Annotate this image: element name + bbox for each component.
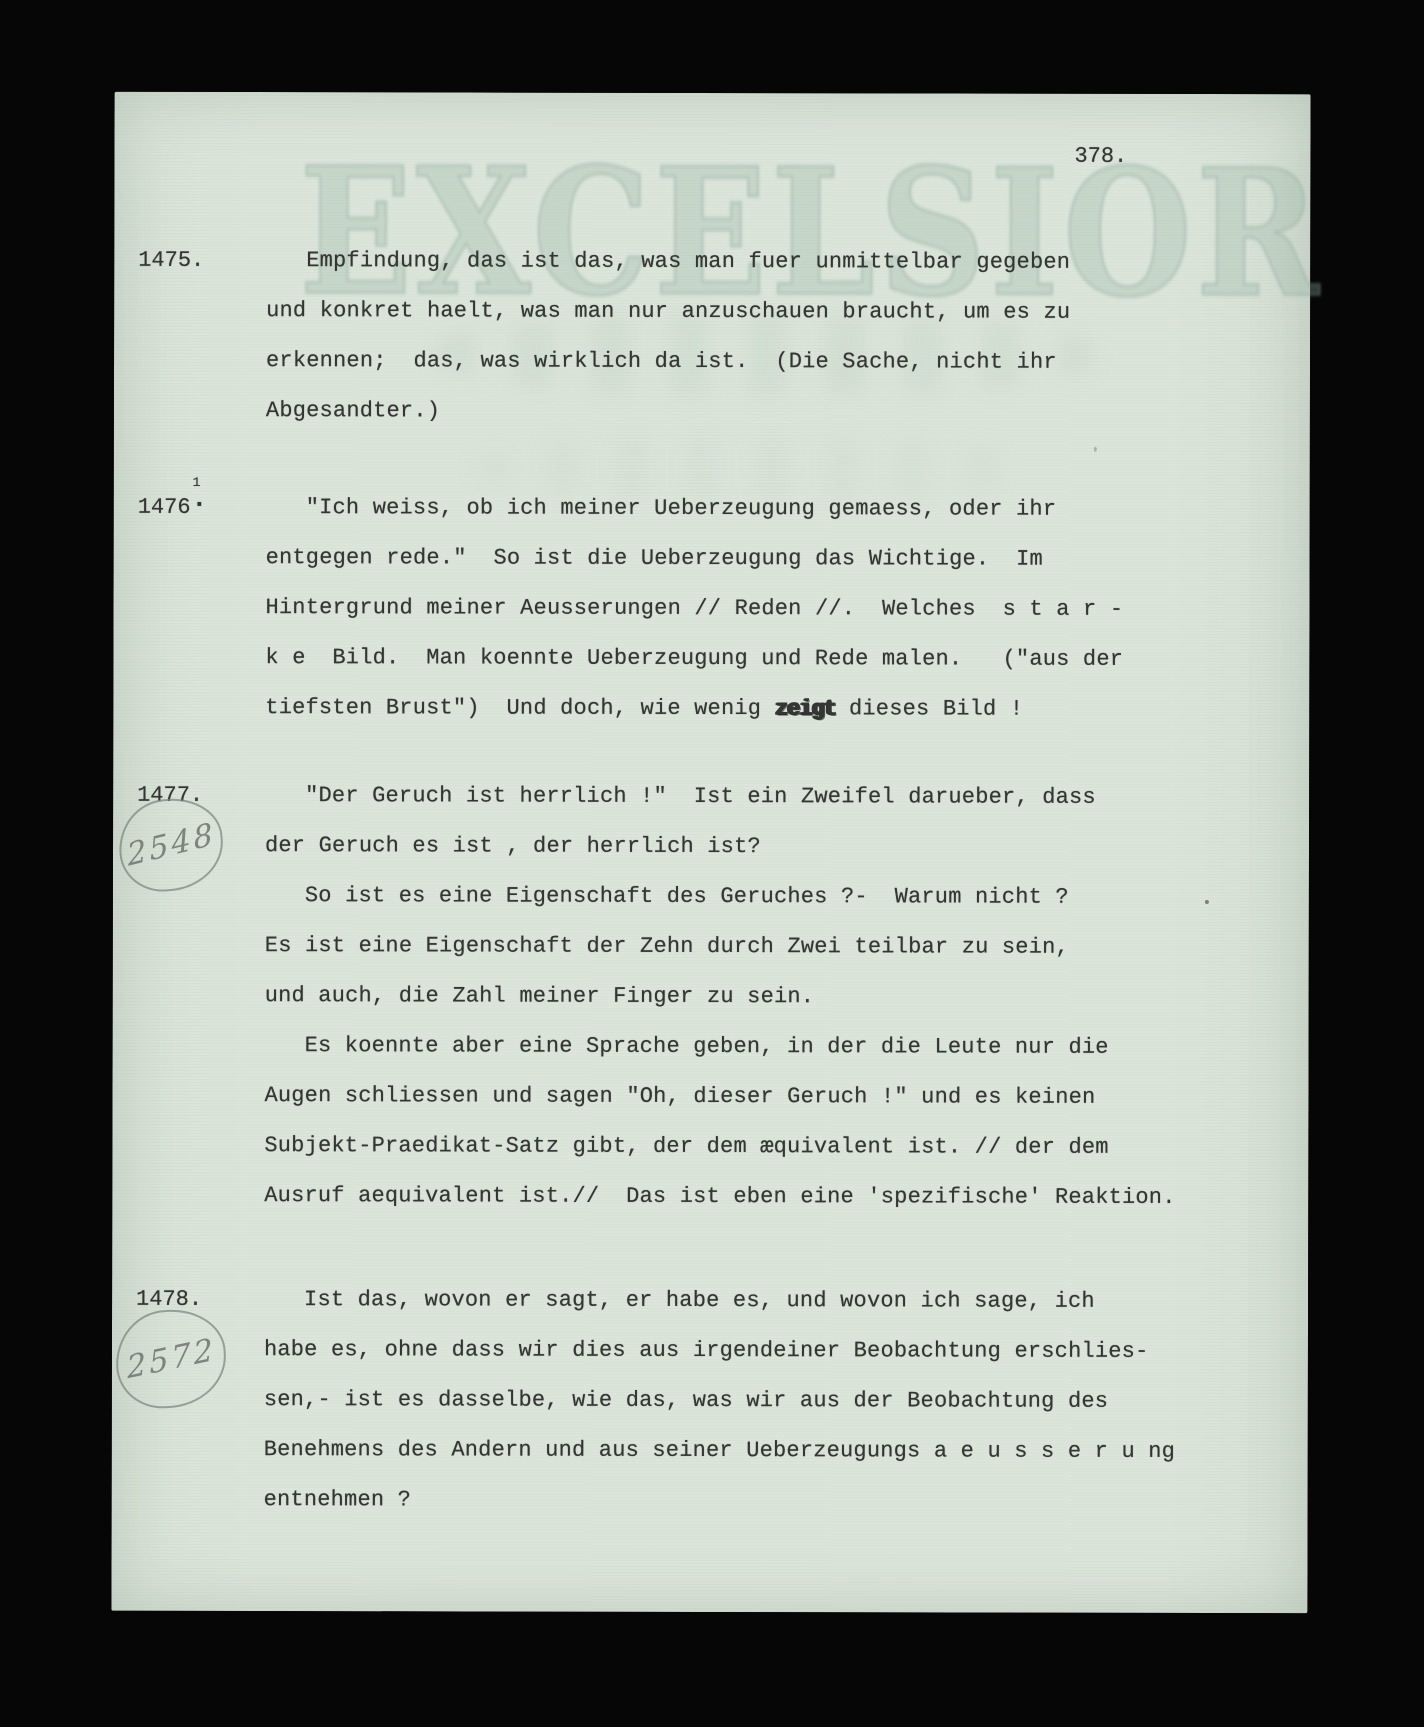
text-line: Empfindung, das ist das, was man fuer un… — [266, 236, 1296, 288]
text-line: Ist das, wovon er sagt, er habe es, und … — [264, 1275, 1294, 1327]
text-line: "Ich weiss, ob ich meiner Ueberzeugung g… — [266, 483, 1296, 535]
text-line: erkennen; das, was wirklich da ist. (Die… — [266, 336, 1296, 388]
text-line: "Der Geruch ist herrlich !" Ist ein Zwei… — [265, 771, 1295, 823]
overstruck-word: zeigt — [775, 696, 836, 721]
text-line: So ist es eine Eigenschaft des Geruches … — [265, 871, 1295, 923]
text-line: Subjekt-Praedikat-Satz gibt, der dem æqu… — [264, 1121, 1294, 1173]
text-line: Abgesandter.) — [266, 386, 1296, 438]
text-line: Benehmens des Andern und aus seiner Uebe… — [264, 1425, 1294, 1477]
section-1475: 1475. Empfindung, das ist das, was man f… — [114, 236, 1310, 439]
text-line: Augen schliessen und sagen "Oh, dieser G… — [264, 1071, 1294, 1123]
text-line: Es koennte aber eine Sprache geben, in d… — [265, 1021, 1295, 1073]
text-line: Hintergrund meiner Aeusserungen // Reden… — [265, 583, 1295, 635]
text-line: Ausruf aequivalent ist.// Das ist eben e… — [264, 1171, 1294, 1223]
paragraph-number-digits: 1476 — [138, 495, 191, 520]
text-line: der Geruch es ist , der herrlich ist? — [265, 821, 1295, 873]
text-line: Es ist eine Eigenschaft der Zehn durch Z… — [265, 921, 1295, 973]
text-line: entgegen rede." So ist die Ueberzeugung … — [266, 533, 1296, 585]
text-line: entnehmen ? — [264, 1475, 1294, 1527]
page-number: 378. — [1074, 144, 1127, 169]
handwritten-number: 2572 — [125, 1331, 216, 1386]
text-line: und auch, die Zahl meiner Finger zu sein… — [265, 971, 1295, 1023]
scan-background: { "page": { "number": "378.", "watermark… — [0, 0, 1424, 1727]
typescript-page: EXCELSIOR 378. 1475. Empfindung, das ist… — [111, 92, 1310, 1614]
section-1476: 14761. "Ich weiss, ob ich meiner Ueberze… — [113, 483, 1310, 736]
text-line: und konkret haelt, was man nur anzuschau… — [266, 286, 1296, 338]
text-line: k e Bild. Man koennte Ueberzeugung und R… — [265, 633, 1295, 685]
ink-speck — [1094, 447, 1097, 452]
text-run: tiefsten Brust") Und doch, wie wenig — [265, 695, 774, 721]
paragraph-number: 14761. — [138, 483, 205, 533]
handwritten-number: 2548 — [125, 816, 217, 874]
text-run: dieses Bild ! — [836, 696, 1024, 721]
section-1477: 1477. "Der Geruch ist herrlich !" Ist ei… — [112, 771, 1309, 1224]
text-line: habe es, ohne dass wir dies aus irgendei… — [264, 1325, 1294, 1377]
text-line: sen,- ist es dasselbe, wie das, was wir … — [264, 1375, 1294, 1427]
ink-speck — [1205, 900, 1209, 904]
paragraph-number: 1475. — [138, 236, 204, 286]
text-line: tiefsten Brust") Und doch, wie wenig zei… — [265, 683, 1295, 735]
section-1478: 1478. Ist das, wovon er sagt, er habe es… — [112, 1275, 1309, 1528]
